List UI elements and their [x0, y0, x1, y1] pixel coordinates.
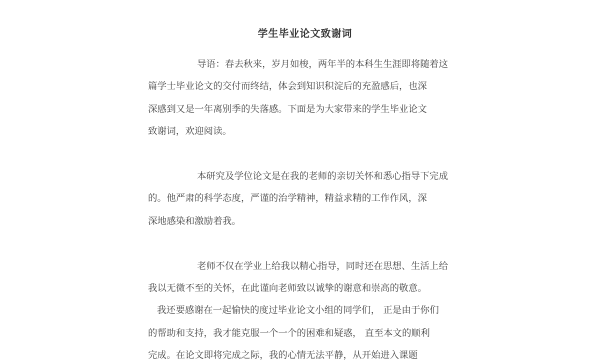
text-line: 我还要感谢在一起愉快的度过毕业论文小组的同学们， 正是由于你们: [148, 300, 458, 322]
text-line: 老师不仅在学业上给我以精心指导，同时还在思想、生活上给: [148, 256, 458, 278]
paragraph-intro: 导语：春去秋来，岁月如梭，两年半的本科生生涯即将随着这 篇学士毕业论文的交付而终…: [148, 54, 458, 144]
text-line: 的帮助和支持，我才能克服一个一个的困难和疑惑， 直至本文的顺利: [148, 323, 458, 345]
document-title: 学生毕业论文致谢词: [0, 27, 610, 43]
paragraph-advisor-thanks: 本研究及学位论文是在我的老师的亲切关怀和悉心指导下完成 的。他严肃的科学态度，严…: [148, 166, 458, 233]
document-page: 学生毕业论文致谢词 导语：春去秋来，岁月如梭，两年半的本科生生涯即将随着这 篇学…: [0, 0, 610, 361]
paragraph-classmates-thanks: 我还要感谢在一起愉快的度过毕业论文小组的同学们， 正是由于你们 的帮助和支持，我…: [148, 300, 458, 361]
text-line: 深感到又是一年离别季的失落感。下面是为大家带来的学生毕业论文: [148, 99, 458, 121]
text-line: 的。他严肃的科学态度，严谨的治学精神，精益求精的工作作风，深: [148, 188, 458, 210]
paragraph-teacher-care: 老师不仅在学业上给我以精心指导，同时还在思想、生活上给 我以无微不至的关怀，在此…: [148, 256, 458, 301]
text-line: 致谢词，欢迎阅读。: [148, 121, 458, 143]
text-line: 导语：春去秋来，岁月如梭，两年半的本科生生涯即将随着这: [148, 54, 458, 76]
text-line: 本研究及学位论文是在我的老师的亲切关怀和悉心指导下完成: [148, 166, 458, 188]
text-line: 我以无微不至的关怀，在此谨向老师致以诚挚的谢意和崇高的敬意。: [148, 278, 458, 300]
text-line: 深地感染和激励着我。: [148, 211, 458, 233]
text-line: 篇学士毕业论文的交付而终结，体会到知识积淀后的充盈感后，也深: [148, 76, 458, 98]
text-line: 完成。在论文即将完成之际，我的心情无法平静，从开始进入课题: [148, 345, 458, 361]
document-body: 导语：春去秋来，岁月如梭，两年半的本科生生涯即将随着这 篇学士毕业论文的交付而终…: [148, 54, 458, 361]
